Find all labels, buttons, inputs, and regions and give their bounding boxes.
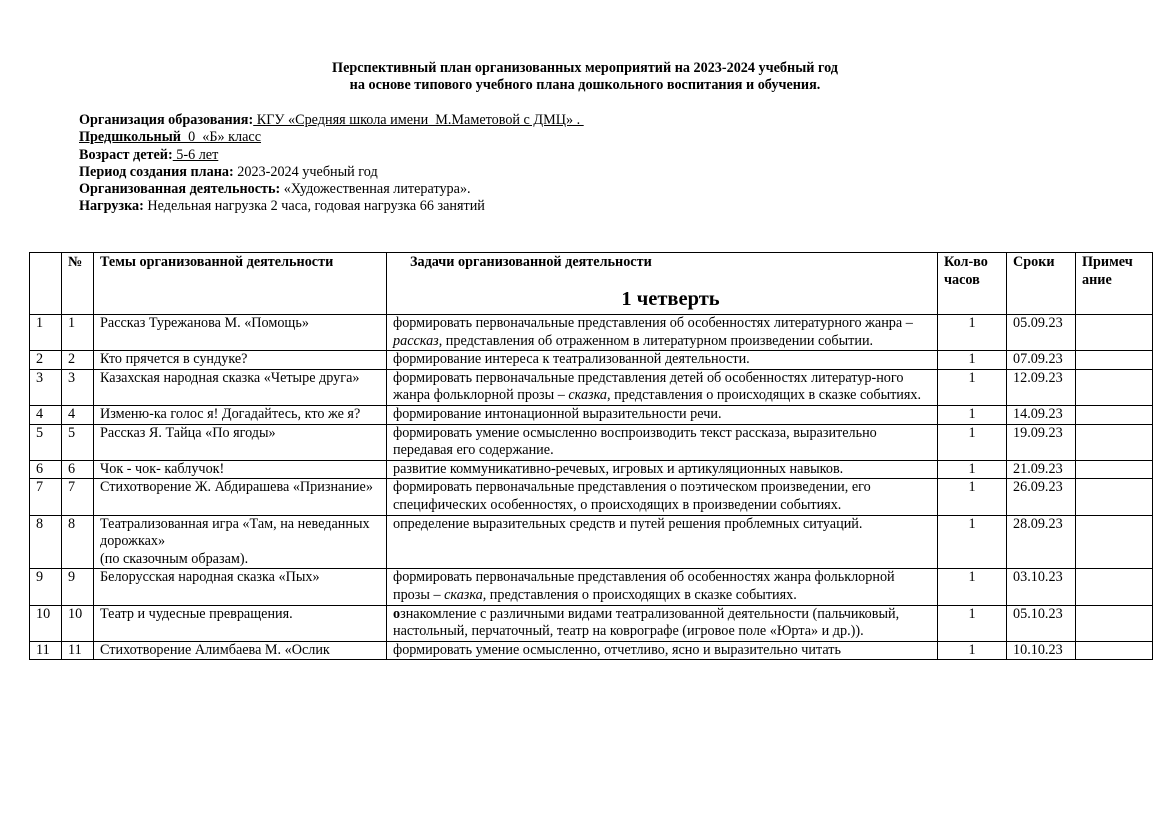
row-number: 8: [62, 515, 94, 569]
row-number: 5: [62, 424, 94, 460]
row-number: 7: [62, 479, 94, 515]
row-topic: Рассказ Я. Тайца «По ягоды»: [94, 424, 387, 460]
row-tasks: формировать первоначальные представления…: [387, 569, 938, 605]
meta-load: Нагрузка: Недельная нагрузка 2 часа, год…: [79, 198, 584, 215]
row-tasks-text: формировать первоначальные представления…: [393, 479, 871, 513]
meta-period-label: Период создания плана:: [79, 164, 234, 180]
row-topic: Театр и чудесные превращения.: [94, 605, 387, 641]
header-notes: Примеч ание: [1076, 253, 1153, 315]
row-topic-line: (по сказочным образам).: [100, 551, 380, 569]
row-date: 14.09.23: [1007, 405, 1076, 424]
row-topic: Изменю-ка голос я! Догадайтесь, кто же я…: [94, 405, 387, 424]
row-date: 05.10.23: [1007, 605, 1076, 641]
row-index: 1: [30, 315, 62, 351]
row-index: 9: [30, 569, 62, 605]
row-tasks-text: формировать первоначальные представления…: [393, 315, 913, 331]
row-tasks-text: знакомление с различными видами театрали…: [393, 606, 899, 640]
header-dates: Сроки: [1007, 253, 1076, 315]
meta-age-label: Возраст детей:: [79, 147, 173, 163]
row-tasks: формировать первоначальные представления…: [387, 315, 938, 351]
meta-period: Период создания плана: 2023-2024 учебный…: [79, 164, 584, 181]
row-number: 4: [62, 405, 94, 424]
row-date: 07.09.23: [1007, 351, 1076, 370]
row-tasks-genre: сказка: [568, 387, 607, 403]
row-tasks-text: развитие коммуникативно-речевых, игровых…: [393, 461, 843, 477]
row-hours: 1: [938, 369, 1007, 405]
table-row: 99Белорусская народная сказка «Пых»форми…: [30, 569, 1153, 605]
row-date: 19.09.23: [1007, 424, 1076, 460]
title-line-1: Перспективный план организованных меропр…: [0, 60, 1170, 77]
header-topic: Темы организованной деятельности: [94, 253, 387, 315]
meta-group-label: Предшкольный: [79, 129, 181, 145]
row-tasks-text: формирование интонационной выразительнос…: [393, 406, 722, 422]
header-tasks-label: Задачи организованной деятельности: [410, 254, 652, 270]
meta-age: Возраст детей: 5-6 лет: [79, 147, 584, 164]
row-date: 12.09.23: [1007, 369, 1076, 405]
row-date: 28.09.23: [1007, 515, 1076, 569]
row-number: 6: [62, 460, 94, 479]
row-number: 10: [62, 605, 94, 641]
row-number: 1: [62, 315, 94, 351]
row-index: 6: [30, 460, 62, 479]
row-note: [1076, 479, 1153, 515]
row-hours: 1: [938, 315, 1007, 351]
row-number: 3: [62, 369, 94, 405]
row-tasks-genre: рассказ: [393, 333, 439, 349]
table-row: 33Казахская народная сказка «Четыре друг…: [30, 369, 1153, 405]
row-tasks-text: формирование интереса к театрализованной…: [393, 351, 750, 367]
row-topic: Стихотворение Ж. Абдирашева «Признание»: [94, 479, 387, 515]
row-tasks-text-end: , представления о происходящих в сказке …: [607, 387, 921, 403]
document-title: Перспективный план организованных меропр…: [0, 60, 1170, 94]
row-topic: Кто прячется в сундуке?: [94, 351, 387, 370]
title-line-2: на основе типового учебного плана дошкол…: [0, 77, 1170, 94]
meta-activity: Организованная деятельность: «Художестве…: [79, 181, 584, 198]
quarter-label: 1 четверть: [410, 287, 931, 311]
meta-age-value: 5-6 лет: [173, 147, 219, 163]
row-index: 7: [30, 479, 62, 515]
row-topic: Казахская народная сказка «Четыре друга»: [94, 369, 387, 405]
row-date: 03.10.23: [1007, 569, 1076, 605]
meta-period-value: 2023-2024 учебный год: [234, 164, 378, 180]
row-tasks-text: определение выразительных средств и путе…: [393, 516, 862, 532]
table-body: 11Рассказ Турежанова М. «Помощь»формиров…: [30, 315, 1153, 660]
meta-activity-value: «Художественная литература».: [280, 181, 470, 197]
header-tasks: Задачи организованной деятельности 1 чет…: [387, 253, 938, 315]
row-date: 26.09.23: [1007, 479, 1076, 515]
row-date: 21.09.23: [1007, 460, 1076, 479]
row-note: [1076, 569, 1153, 605]
row-hours: 1: [938, 641, 1007, 660]
row-index: 5: [30, 424, 62, 460]
row-hours: 1: [938, 460, 1007, 479]
row-note: [1076, 351, 1153, 370]
row-index: 8: [30, 515, 62, 569]
row-index: 4: [30, 405, 62, 424]
row-index: 2: [30, 351, 62, 370]
row-hours: 1: [938, 405, 1007, 424]
row-tasks-text: формировать умение осмысленно воспроизво…: [393, 425, 877, 459]
meta-organization-label: Организация образования:: [79, 112, 253, 128]
row-topic: Чок - чок- каблучок!: [94, 460, 387, 479]
row-note: [1076, 369, 1153, 405]
row-tasks: формирование интонационной выразительнос…: [387, 405, 938, 424]
row-number: 9: [62, 569, 94, 605]
meta-organization-value: КГУ «Средняя школа имени М.Маметовой с Д…: [253, 112, 583, 128]
table-row: 55Рассказ Я. Тайца «По ягоды»формировать…: [30, 424, 1153, 460]
header-hours: Кол-во часов: [938, 253, 1007, 315]
row-topic-line: Театрализованная игра «Там, на неведанны…: [100, 516, 380, 551]
row-hours: 1: [938, 569, 1007, 605]
row-tasks: формировать умение осмысленно, отчетливо…: [387, 641, 938, 660]
row-note: [1076, 424, 1153, 460]
header-index: [30, 253, 62, 315]
table-row: 88Театрализованная игра «Там, на неведан…: [30, 515, 1153, 569]
row-note: [1076, 641, 1153, 660]
table-row: 44Изменю-ка голос я! Догадайтесь, кто же…: [30, 405, 1153, 424]
row-tasks: формировать умение осмысленно воспроизво…: [387, 424, 938, 460]
row-tasks: развитие коммуникативно-речевых, игровых…: [387, 460, 938, 479]
table-row: 77Стихотворение Ж. Абдирашева «Признание…: [30, 479, 1153, 515]
row-topic: Театрализованная игра «Там, на неведанны…: [94, 515, 387, 569]
table-row: 1111Стихотворение Алимбаева М. «Осликфор…: [30, 641, 1153, 660]
row-number: 2: [62, 351, 94, 370]
row-date: 05.09.23: [1007, 315, 1076, 351]
meta-load-label: Нагрузка:: [79, 198, 144, 214]
table-row: 22Кто прячется в сундуке?формирование ин…: [30, 351, 1153, 370]
table-row: 11Рассказ Турежанова М. «Помощь»формиров…: [30, 315, 1153, 351]
row-tasks: формирование интереса к театрализованной…: [387, 351, 938, 370]
row-note: [1076, 460, 1153, 479]
row-number: 11: [62, 641, 94, 660]
row-note: [1076, 315, 1153, 351]
row-hours: 1: [938, 605, 1007, 641]
row-topic: Белорусская народная сказка «Пых»: [94, 569, 387, 605]
table-row: 66Чок - чок- каблучок!развитие коммуника…: [30, 460, 1153, 479]
row-hours: 1: [938, 515, 1007, 569]
meta-organization: Организация образования: КГУ «Средняя шк…: [79, 112, 584, 129]
row-hours: 1: [938, 351, 1007, 370]
row-index: 11: [30, 641, 62, 660]
row-note: [1076, 515, 1153, 569]
row-index: 10: [30, 605, 62, 641]
row-hours: 1: [938, 424, 1007, 460]
row-hours: 1: [938, 479, 1007, 515]
row-tasks-text-end: , представления об отраженном в литерату…: [439, 333, 873, 349]
row-topic: Стихотворение Алимбаева М. «Ослик: [94, 641, 387, 660]
plan-table: № Темы организованной деятельности Задач…: [29, 252, 1153, 660]
plan-metadata: Организация образования: КГУ «Средняя шк…: [79, 112, 584, 216]
row-tasks: ознакомление с различными видами театрал…: [387, 605, 938, 641]
row-tasks: определение выразительных средств и путе…: [387, 515, 938, 569]
row-index: 3: [30, 369, 62, 405]
row-tasks-text-end: , представления о происходящих в сказке …: [483, 587, 797, 603]
row-tasks: формировать первоначальные представления…: [387, 479, 938, 515]
row-tasks: формировать первоначальные представления…: [387, 369, 938, 405]
meta-activity-label: Организованная деятельность:: [79, 181, 280, 197]
row-tasks-text: формировать умение осмысленно, отчетливо…: [393, 642, 841, 658]
header-number: №: [62, 253, 94, 315]
row-note: [1076, 405, 1153, 424]
row-date: 10.10.23: [1007, 641, 1076, 660]
row-topic: Рассказ Турежанова М. «Помощь»: [94, 315, 387, 351]
row-note: [1076, 605, 1153, 641]
table-header-row: № Темы организованной деятельности Задач…: [30, 253, 1153, 315]
meta-load-value: Недельная нагрузка 2 часа, годовая нагру…: [144, 198, 485, 214]
table-row: 1010Театр и чудесные превращения.ознаком…: [30, 605, 1153, 641]
row-tasks-genre: сказка: [444, 587, 483, 603]
meta-group: Предшкольный 0 «Б» класс: [79, 129, 584, 146]
meta-group-value: 0 «Б» класс: [181, 129, 261, 145]
